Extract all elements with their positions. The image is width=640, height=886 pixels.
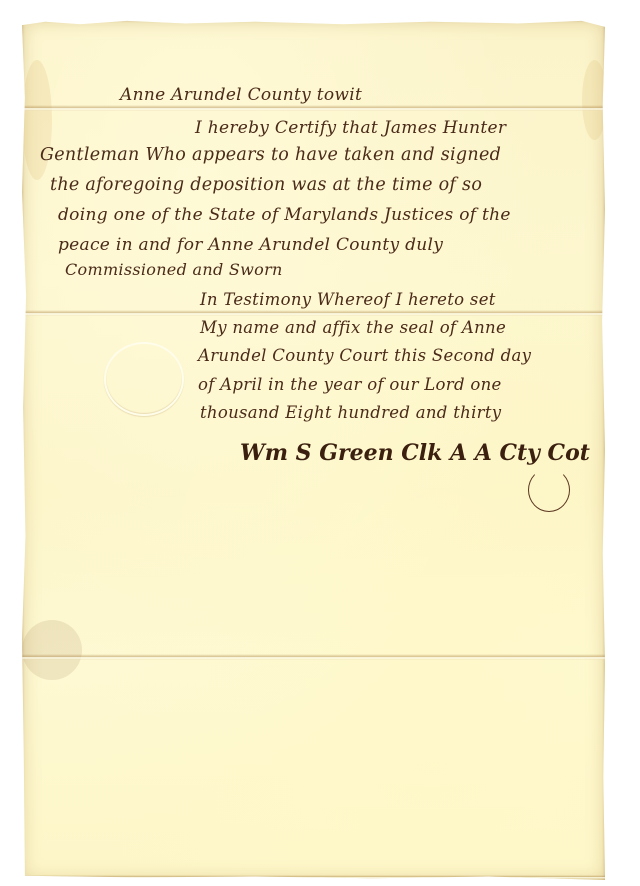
fold-line [22,105,605,111]
testimony-line: In Testimony Whereof I hereto set [200,290,496,309]
testimony-line: My name and affix the seal of Anne [200,318,506,337]
embossed-seal-icon [104,342,184,416]
paper-stain [22,620,82,680]
text-line: Commissioned and Sworn [65,260,283,279]
fold-line [22,654,605,660]
testimony-line: Arundel County Court this Second day [198,346,531,365]
fold-line [22,875,605,879]
signature-flourish-icon [528,468,570,512]
text-line: doing one of the State of Marylands Just… [58,205,511,225]
text-line: peace in and for Anne Arundel County dul… [58,235,443,255]
paper-stain [582,60,607,140]
text-line: Gentleman Who appears to have taken and … [40,145,501,165]
clerk-signature: Wm S Green Clk A A Cty Cot [240,440,590,466]
fold-line [22,310,605,316]
text-line: I hereby Certify that James Hunter [195,118,506,138]
text-line: the aforegoing deposition was at the tim… [50,175,482,195]
testimony-line: thousand Eight hundred and thirty [200,403,501,422]
heading-county: Anne Arundel County towit [120,85,362,105]
testimony-line: of April in the year of our Lord one [198,375,502,394]
